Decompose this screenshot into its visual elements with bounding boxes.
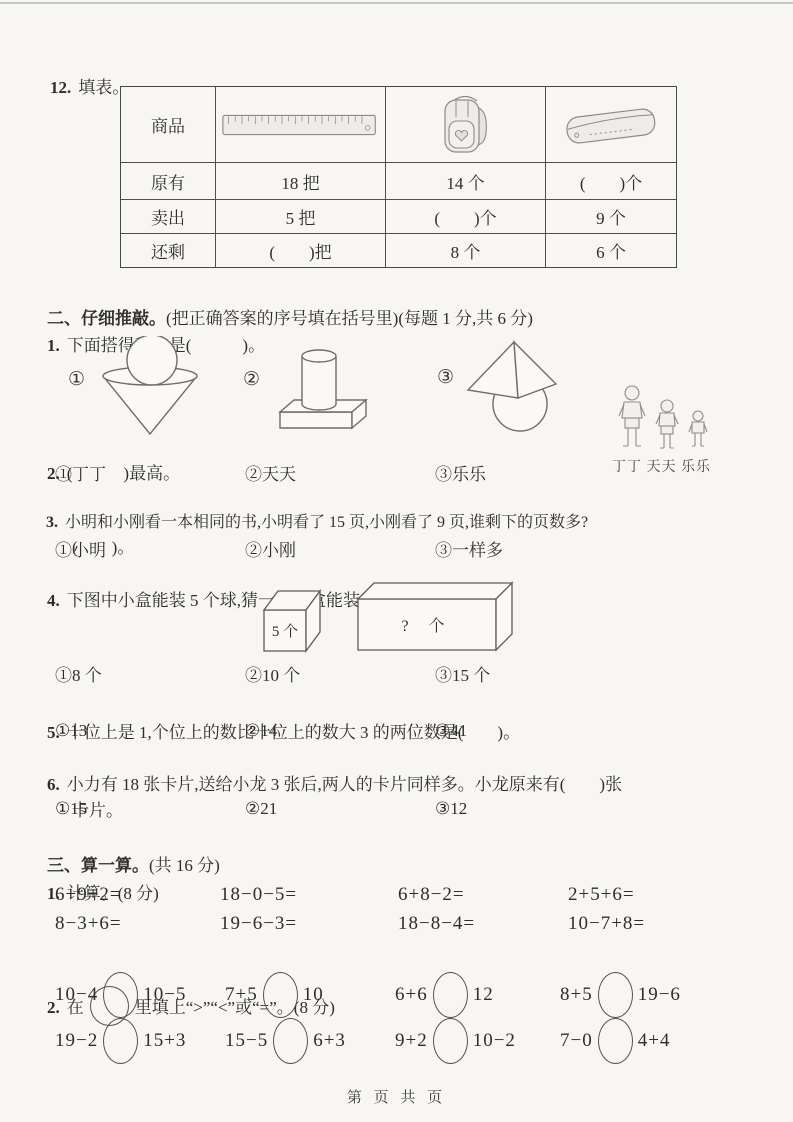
- backpack-image: [439, 93, 493, 157]
- page-footer: 第 页 共 页: [0, 1086, 793, 1107]
- table-cell: 14 个: [386, 163, 546, 200]
- compare-circle-icon: [598, 972, 633, 1018]
- calc-expression: 18−0−5=: [220, 884, 297, 906]
- compare-item: 15−56+3: [225, 1018, 346, 1064]
- row-header: 原有: [121, 163, 216, 200]
- compare-circle-icon: [598, 1018, 633, 1064]
- table-cell-ruler: [216, 87, 386, 163]
- table-cell: 8 个: [386, 234, 546, 267]
- compare-left: 7+5: [225, 984, 258, 1006]
- compare-right: 10−5: [143, 984, 186, 1006]
- row-header: 卖出: [121, 200, 216, 234]
- compare-item: 6+612: [395, 972, 494, 1018]
- shape3-figure: [460, 338, 560, 434]
- compare-left: 10−4: [55, 984, 98, 1006]
- q2-option-1: ①丁丁: [55, 460, 106, 485]
- compare-circle-icon: [433, 1018, 468, 1064]
- fill-table: 商品: [120, 86, 677, 268]
- q12-number: 12.: [50, 78, 71, 97]
- q5-option-3: ③41: [435, 721, 467, 741]
- compare-item: 10−410−5: [55, 972, 186, 1018]
- pencil-case-image: [559, 101, 663, 149]
- shape1-figure: [93, 336, 208, 436]
- q6-text-line1: 小力有 18 张卡片,送给小龙 3 张后,两人的卡片同样多。小龙原来有( )张: [67, 775, 622, 794]
- table-cell: 6 个: [546, 234, 676, 267]
- shape2-figure: [266, 342, 371, 434]
- calc-expression: 18−8−4=: [398, 913, 475, 935]
- compare-right: 12: [473, 984, 494, 1006]
- cone-ball-image: [93, 336, 208, 436]
- compare-left: 6+6: [395, 984, 428, 1006]
- q4-option-3: ③15 个: [435, 661, 490, 686]
- compare-left: 19−2: [55, 1030, 98, 1052]
- table-cell: 9 个: [546, 200, 676, 234]
- compare-right: 15+3: [143, 1030, 186, 1052]
- compare-right: 19−6: [638, 984, 681, 1006]
- compare-circle-icon: [273, 1018, 308, 1064]
- q2-option-3: ③乐乐: [435, 460, 486, 485]
- calc-row-1: 6+9+2= 18−0−5= 6+8−2= 2+5+6=: [55, 884, 765, 912]
- compare-row-2: 19−215+3 15−56+3 9+210−2 7−04+4: [55, 1018, 765, 1066]
- table-corner-label: 商品: [121, 87, 216, 163]
- calc-expression: 6+8−2=: [398, 884, 465, 906]
- row-header: 还剩: [121, 234, 216, 267]
- three-kids-image: [612, 382, 717, 454]
- compare-item: 7+510: [225, 972, 324, 1018]
- compare-right: 4+4: [638, 1030, 671, 1052]
- calc-expression: 2+5+6=: [568, 884, 635, 906]
- compare-item: 8+519−6: [560, 972, 681, 1018]
- calc-expression: 8−3+6=: [55, 913, 122, 935]
- worksheet-page: 12.填表。 商品: [0, 0, 793, 1122]
- q2-options-row: ①丁丁 ②天天 ③乐乐: [55, 460, 745, 486]
- q3-text-line1: 小明和小刚看一本相同的书,小明看了 15 页,小刚看了 9 页,谁剩下的页数多?: [65, 514, 588, 531]
- table-cell: 18 把: [216, 163, 386, 200]
- q4-number: 4.: [47, 591, 60, 610]
- compare-circle-icon: [103, 1018, 138, 1064]
- compare-left: 7−0: [560, 1030, 593, 1052]
- compare-right: 10: [303, 984, 324, 1006]
- section3-subtitle: (共 16 分): [149, 856, 220, 875]
- q4-big-box-figure: ? 个: [355, 578, 515, 652]
- table-cell-pencil-case: [546, 87, 676, 163]
- shape2-label: ②: [243, 368, 260, 391]
- compare-circle-icon: [103, 972, 138, 1018]
- cylinder-box-image: [266, 342, 371, 434]
- q5-option-2: ②14: [245, 721, 277, 741]
- q3-options-row: ①小明 ②小刚 ③一样多: [55, 536, 745, 562]
- q6-option-2: ②21: [245, 799, 277, 819]
- compare-item: 7−04+4: [560, 1018, 670, 1064]
- compare-left: 9+2: [395, 1030, 428, 1052]
- shape3-label: ③: [437, 366, 454, 389]
- ruler-image: [221, 111, 381, 139]
- q12-title: 12.填表。: [33, 50, 129, 125]
- table-cell-backpack: [386, 87, 546, 163]
- q3-option-3: ③一样多: [435, 536, 503, 561]
- compare-row-1: 10−410−5 7+510 6+612 8+519−6: [55, 972, 765, 1020]
- scan-edge-line: [0, 2, 793, 4]
- compare-left: 15−5: [225, 1030, 268, 1052]
- calc-expression: 19−6−3=: [220, 913, 297, 935]
- compare-item: 19−215+3: [55, 1018, 186, 1064]
- q2-option-2: ②天天: [245, 460, 296, 485]
- q6-option-3: ③12: [435, 799, 467, 819]
- small-box-label: 5 个: [264, 610, 306, 651]
- compare-circle-icon: [433, 972, 468, 1018]
- q4-option-2: ②10 个: [245, 661, 300, 686]
- table-cell: ( )个: [546, 163, 676, 200]
- compare-circle-icon: [263, 972, 298, 1018]
- compare-right: 10−2: [473, 1030, 516, 1052]
- compare-left: 8+5: [560, 984, 593, 1006]
- shape1-label: ①: [68, 368, 85, 391]
- calc-expression: 10−7+8=: [568, 913, 645, 935]
- q5-option-1: ①13: [55, 721, 87, 741]
- q3-option-1: ①小明: [55, 536, 106, 561]
- q6-option-1: ①15: [55, 799, 87, 819]
- q6-options-row: ①15 ②21 ③12: [55, 799, 745, 825]
- compare-right: 6+3: [313, 1030, 346, 1052]
- q3-option-2: ②小刚: [245, 536, 296, 561]
- big-box-label: ? 个: [358, 599, 496, 650]
- table-cell: ( )个: [386, 200, 546, 234]
- q5-options-row: ①13 ②14 ③41: [55, 721, 745, 747]
- q1-number: 1.: [47, 336, 60, 355]
- pyramid-ball-image: [460, 338, 560, 434]
- q4-options-row: ①8 个 ②10 个 ③15 个: [55, 661, 745, 687]
- table-cell: ( )把: [216, 234, 386, 267]
- calc-expression: 6+9+2=: [55, 884, 122, 906]
- compare-item: 9+210−2: [395, 1018, 516, 1064]
- calc-row-2: 8−3+6= 19−6−3= 18−8−4= 10−7+8=: [55, 913, 765, 941]
- q1-shapes-row: ① ② ③: [60, 336, 640, 438]
- q4-option-1: ①8 个: [55, 661, 102, 686]
- table-cell: 5 把: [216, 200, 386, 234]
- q4-small-box-figure: 5 个: [262, 588, 322, 653]
